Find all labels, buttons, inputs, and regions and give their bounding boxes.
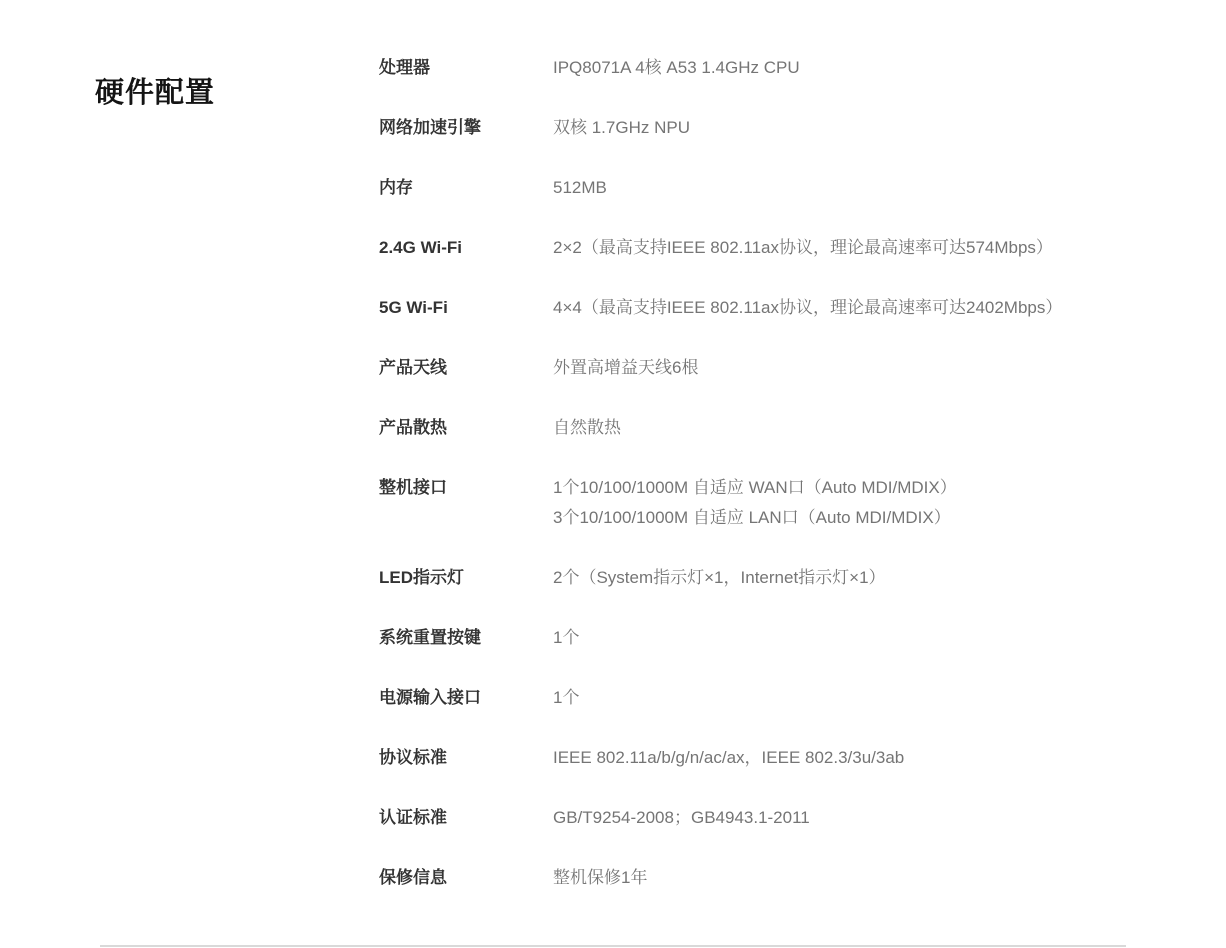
spec-label: 产品散热 xyxy=(379,413,553,443)
spec-value: 1个 xyxy=(553,623,579,653)
spec-row: 电源输入接口1个 xyxy=(379,668,1159,728)
spec-value: 512MB xyxy=(553,173,607,203)
spec-value: 2个（System指示灯×1，Internet指示灯×1） xyxy=(553,563,886,593)
spec-label: 保修信息 xyxy=(379,863,553,893)
spec-row: 产品天线外置高增益天线6根 xyxy=(379,338,1159,398)
spec-value-line: IEEE 802.11a/b/g/n/ac/ax，IEEE 802.3/3u/3… xyxy=(553,743,904,773)
spec-value-line: 1个 xyxy=(553,623,579,653)
spec-row: 保修信息整机保修1年 xyxy=(379,848,1159,908)
spec-row: 网络加速引擎双核 1.7GHz NPU xyxy=(379,98,1159,158)
spec-label: 内存 xyxy=(379,173,553,203)
spec-row: 处理器IPQ8071A 4核 A53 1.4GHz CPU xyxy=(379,38,1159,98)
spec-row: 整机接口1个10/100/1000M 自适应 WAN口（Auto MDI/MDI… xyxy=(379,458,1159,548)
spec-label: 系统重置按键 xyxy=(379,623,553,653)
spec-label: 2.4G Wi-Fi xyxy=(379,233,553,263)
spec-label: 认证标准 xyxy=(379,803,553,833)
spec-label: LED指示灯 xyxy=(379,563,553,593)
spec-value-line: 2个（System指示灯×1，Internet指示灯×1） xyxy=(553,563,886,593)
spec-row: 2.4G Wi-Fi2×2（最高支持IEEE 802.11ax协议，理论最高速率… xyxy=(379,218,1159,278)
spec-row: 系统重置按键1个 xyxy=(379,608,1159,668)
spec-row: 认证标准GB/T9254-2008；GB4943.1-2011 xyxy=(379,788,1159,848)
spec-value: 4×4（最高支持IEEE 802.11ax协议，理论最高速率可达2402Mbps… xyxy=(553,293,1062,323)
spec-value: 1个10/100/1000M 自适应 WAN口（Auto MDI/MDIX）3个… xyxy=(553,473,957,533)
spec-value-line: 双核 1.7GHz NPU xyxy=(553,113,690,143)
spec-value: 外置高增益天线6根 xyxy=(553,353,698,383)
spec-value-line: 3个10/100/1000M 自适应 LAN口（Auto MDI/MDIX） xyxy=(553,503,957,533)
spec-value-line: 4×4（最高支持IEEE 802.11ax协议，理论最高速率可达2402Mbps… xyxy=(553,293,1062,323)
spec-value-line: IPQ8071A 4核 A53 1.4GHz CPU xyxy=(553,53,800,83)
spec-value-line: 1个10/100/1000M 自适应 WAN口（Auto MDI/MDIX） xyxy=(553,473,957,503)
spec-value: 双核 1.7GHz NPU xyxy=(553,113,690,143)
spec-value: GB/T9254-2008；GB4943.1-2011 xyxy=(553,803,810,833)
section-title: 硬件配置 xyxy=(95,76,215,110)
spec-value-line: GB/T9254-2008；GB4943.1-2011 xyxy=(553,803,810,833)
hardware-spec-page: 硬件配置 处理器IPQ8071A 4核 A53 1.4GHz CPU网络加速引擎… xyxy=(0,0,1226,948)
spec-label: 整机接口 xyxy=(379,473,553,503)
spec-row: 5G Wi-Fi4×4（最高支持IEEE 802.11ax协议，理论最高速率可达… xyxy=(379,278,1159,338)
spec-row: 内存512MB xyxy=(379,158,1159,218)
spec-value-line: 外置高增益天线6根 xyxy=(553,353,698,383)
spec-value: IPQ8071A 4核 A53 1.4GHz CPU xyxy=(553,53,800,83)
bottom-divider xyxy=(100,945,1126,947)
spec-value: 整机保修1年 xyxy=(553,863,647,893)
spec-row: LED指示灯2个（System指示灯×1，Internet指示灯×1） xyxy=(379,548,1159,608)
spec-label: 处理器 xyxy=(379,53,553,83)
spec-label: 产品天线 xyxy=(379,353,553,383)
spec-label: 电源输入接口 xyxy=(379,683,553,713)
spec-label: 网络加速引擎 xyxy=(379,113,553,143)
spec-table: 处理器IPQ8071A 4核 A53 1.4GHz CPU网络加速引擎双核 1.… xyxy=(379,38,1159,908)
spec-label: 5G Wi-Fi xyxy=(379,293,553,323)
spec-row: 协议标准IEEE 802.11a/b/g/n/ac/ax，IEEE 802.3/… xyxy=(379,728,1159,788)
spec-value-line: 自然散热 xyxy=(553,413,621,443)
spec-value-line: 1个 xyxy=(553,683,579,713)
spec-label: 协议标准 xyxy=(379,743,553,773)
spec-row: 产品散热自然散热 xyxy=(379,398,1159,458)
spec-value: IEEE 802.11a/b/g/n/ac/ax，IEEE 802.3/3u/3… xyxy=(553,743,904,773)
spec-value-line: 整机保修1年 xyxy=(553,863,647,893)
spec-value: 1个 xyxy=(553,683,579,713)
spec-value-line: 2×2（最高支持IEEE 802.11ax协议，理论最高速率可达574Mbps） xyxy=(553,233,1053,263)
spec-value-line: 512MB xyxy=(553,173,607,203)
spec-value: 2×2（最高支持IEEE 802.11ax协议，理论最高速率可达574Mbps） xyxy=(553,233,1053,263)
spec-value: 自然散热 xyxy=(553,413,621,443)
